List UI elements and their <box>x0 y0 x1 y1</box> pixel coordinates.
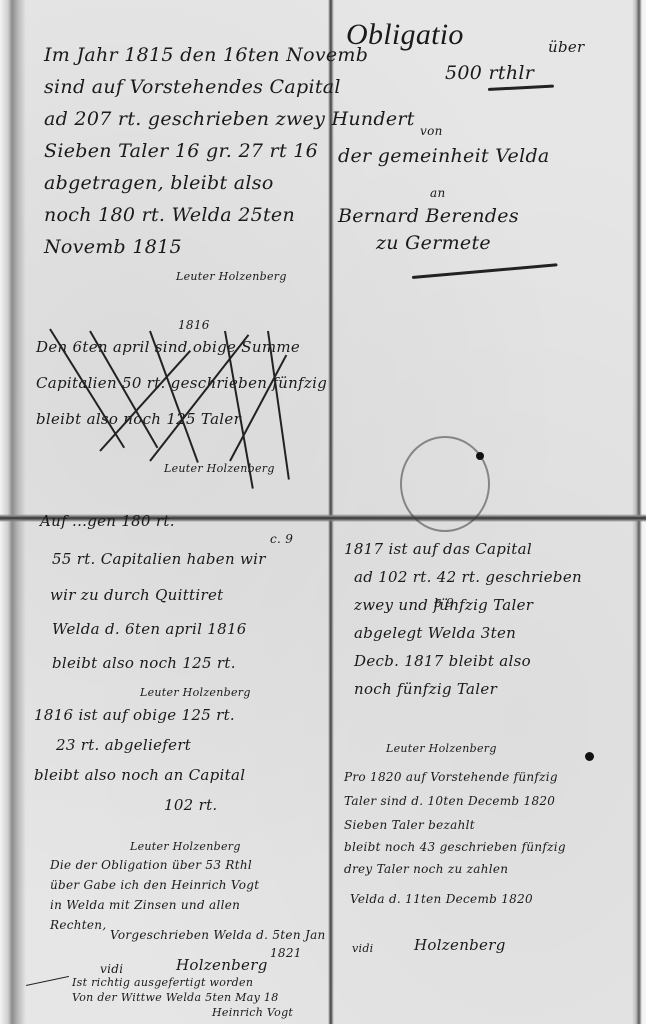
signature-1816-april: Leuter Holzenberg <box>140 686 251 699</box>
entry-line: Heinrich Vogt <box>72 1006 293 1021</box>
left-page-edge <box>0 0 26 1024</box>
entry-line: Welda d. 6ten april 1816 <box>40 620 266 654</box>
entry-line: Von der Wittwe Welda 5ten May 18 <box>72 991 293 1006</box>
entry-line: bleibt noch 43 geschrieben fünfzig <box>344 840 566 862</box>
entry-line: Ist richtig ausgefertigt worden <box>72 976 293 991</box>
crossed-entry: Den 6ten april sind obige Summe Capitali… <box>36 338 327 446</box>
transfer-signature: Holzenberg <box>176 956 268 974</box>
ink-blot <box>585 752 594 761</box>
entry-1820: Pro 1820 auf Vorstehende fünfzig Taler s… <box>344 770 566 916</box>
entry-line: über Gabe ich den Heinrich Vogt <box>50 878 259 898</box>
entry-line: 55 rt. Capitalien haben wir <box>40 550 266 586</box>
entry-line: Taler sind d. 10ten Decemb 1820 <box>344 794 566 818</box>
signature-1820-prefix: vidi <box>352 942 374 955</box>
entry-line: Velda d. 11ten Decemb 1820 <box>344 892 566 916</box>
entry-line: Die der Obligation über 53 Rthl <box>50 858 259 878</box>
entry-line: Im Jahr 1815 den 16ten Novemb <box>44 44 415 76</box>
entry-line: Sieben Taler bezahlt <box>344 818 566 840</box>
crossed-year-note: 1816 <box>178 318 210 332</box>
signature-1817: Leuter Holzenberg <box>386 742 497 755</box>
signature-1815: Leuter Holzenberg <box>176 270 287 283</box>
entry-line: noch 180 rt. Welda 25ten <box>44 204 415 236</box>
entry-line: bleibt also noch 125 rt. <box>40 654 266 688</box>
signature-1820: Holzenberg <box>414 936 506 954</box>
cover-to-label: an <box>430 186 445 200</box>
entry-1816: 1816 ist auf obige 125 rt. 23 rt. abgeli… <box>34 706 245 826</box>
entry-line: abgetragen, bleibt also <box>44 172 415 204</box>
transfer-year: 1821 <box>270 946 302 960</box>
cover-title-suffix: über <box>548 38 585 56</box>
entry-line: Sieben Taler 16 gr. 27 rt 16 <box>44 140 415 172</box>
entry-line: zwey und fünfzig Taler <box>344 596 582 624</box>
ink-blot <box>476 452 484 460</box>
entry-line: 1816 ist auf obige 125 rt. <box>34 706 245 736</box>
transfer-final: Ist richtig ausgefertigt worden Von der … <box>72 976 293 1021</box>
entry-line: ad 207 rt. geschrieben zwey Hundert <box>44 108 415 140</box>
transfer-entry: Die der Obligation über 53 Rthl über Gab… <box>50 858 259 938</box>
margin-note-1817: b 9 <box>434 596 454 610</box>
entry-line: in Welda mit Zinsen und allen <box>50 898 259 918</box>
entry-line: drey Taler noch zu zahlen <box>344 862 566 892</box>
right-page-edge <box>632 0 646 1024</box>
entry-line: 23 rt. abgeliefert <box>34 736 245 766</box>
entry-line: sind auf Vorstehendes Capital <box>44 76 415 108</box>
transfer-place-date: Vorgeschrieben Welda d. 5ten Jan <box>110 928 326 942</box>
entry-line: 102 rt. <box>34 796 245 826</box>
margin-note: c. 9 <box>270 532 293 546</box>
entry-line: abgelegt Welda 3ten <box>344 624 582 652</box>
cover-amount: 500 rthlr <box>445 62 534 84</box>
transfer-signature-prefix: vidi <box>100 962 123 976</box>
entry-line: Novemb 1815 <box>44 236 415 268</box>
entry-1817: 1817 ist auf das Capital ad 102 rt. 42 r… <box>344 540 582 708</box>
creditor-underline <box>412 263 558 279</box>
entry-line: ad 102 rt. 42 rt. geschrieben <box>344 568 582 596</box>
entry-line: wir zu durch Quittiret <box>40 586 266 620</box>
document-scan: Obligatio über 500 rthlr von der gemeinh… <box>0 0 646 1024</box>
amount-underline <box>488 85 554 91</box>
entry-line: Decb. 1817 bleibt also <box>344 652 582 680</box>
entry-line: 1817 ist auf das Capital <box>344 540 582 568</box>
entry-line: Pro 1820 auf Vorstehende fünfzig <box>344 770 566 794</box>
cover-from-label: von <box>420 124 443 138</box>
seal-mark <box>400 436 490 532</box>
entry-1815: Im Jahr 1815 den 16ten Novemb sind auf V… <box>44 44 415 268</box>
entry-1816-april: Auf ...gen 180 rt. 55 rt. Capitalien hab… <box>40 512 266 688</box>
signature-crossed: Leuter Holzenberg <box>164 462 275 475</box>
margin-mark <box>26 976 69 986</box>
signature-1816: Leuter Holzenberg <box>130 840 241 853</box>
entry-line: bleibt also noch an Capital <box>34 766 245 796</box>
entry-line: noch fünfzig Taler <box>344 680 582 708</box>
entry-line: Auf ...gen 180 rt. <box>40 512 266 550</box>
